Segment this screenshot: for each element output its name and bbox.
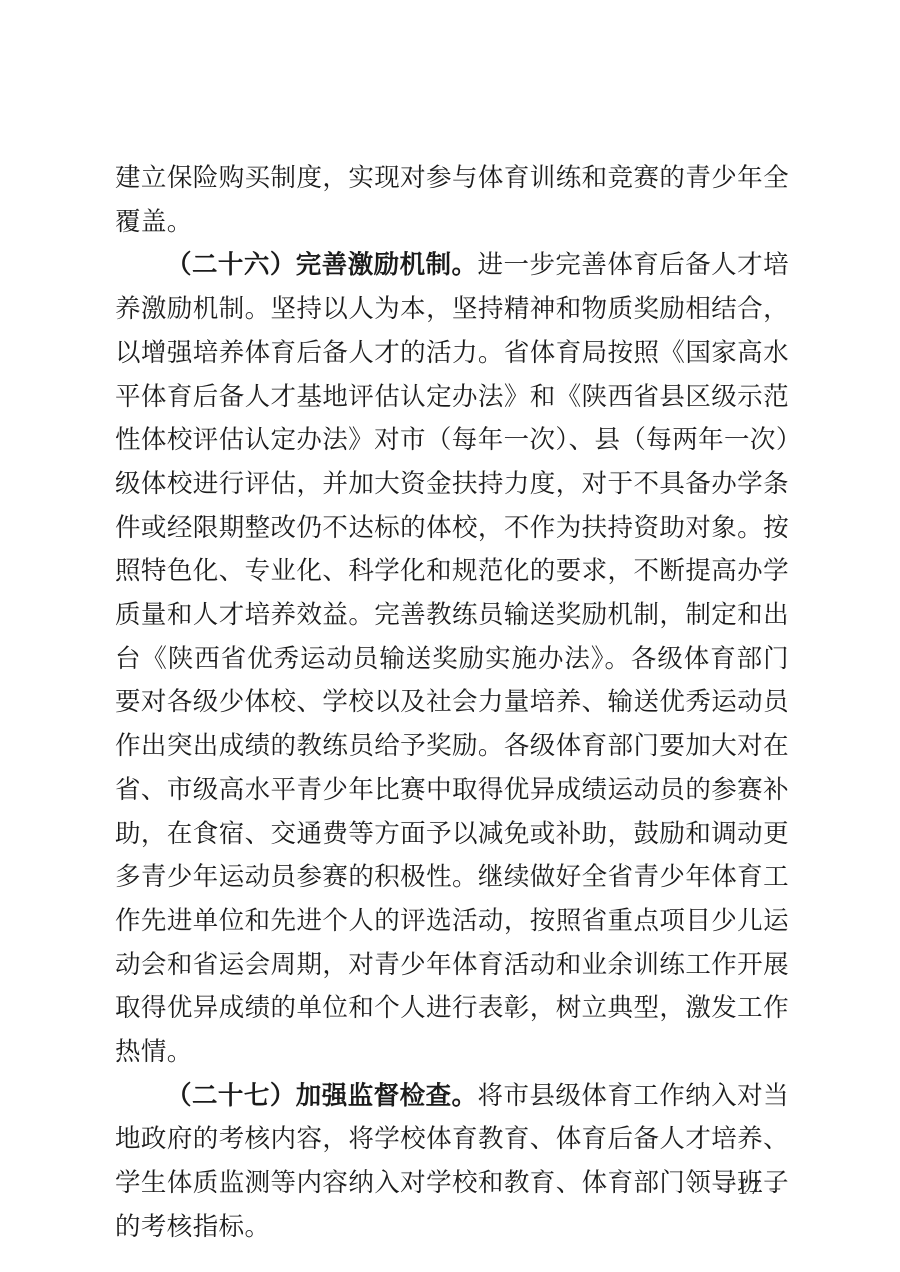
paragraph-section-26: （二十六）完善激励机制。进一步完善体育后备人才培养激励机制。坚持以人为本，坚持精… (115, 243, 789, 1073)
paragraph-continuation: 建立保险购买制度，实现对参与体育训练和竞赛的青少年全覆盖。 (115, 156, 789, 243)
paragraph-lead: （二十七）加强监督检查。 (166, 1081, 478, 1110)
paragraph-lead: （二十六）完善激励机制。 (166, 250, 478, 279)
text-block: 建立保险购买制度，实现对参与体育训练和竞赛的青少年全覆盖。 （二十六）完善激励机… (115, 156, 789, 1249)
paragraph-body: 建立保险购买制度，实现对参与体育训练和竞赛的青少年全覆盖。 (115, 163, 789, 236)
paragraph-body: 进一步完善体育后备人才培养激励机制。坚持以人为本，坚持精神和物质奖励相结合，以增… (115, 250, 789, 1066)
document-page: 建立保险购买制度，实现对参与体育训练和竞赛的青少年全覆盖。 （二十六）完善激励机… (0, 0, 900, 1272)
paragraph-section-27: （二十七）加强监督检查。将市县级体育工作纳入对当地政府的考核内容，将学校体育教育… (115, 1074, 789, 1249)
page-number: – 17 – (718, 1174, 783, 1200)
